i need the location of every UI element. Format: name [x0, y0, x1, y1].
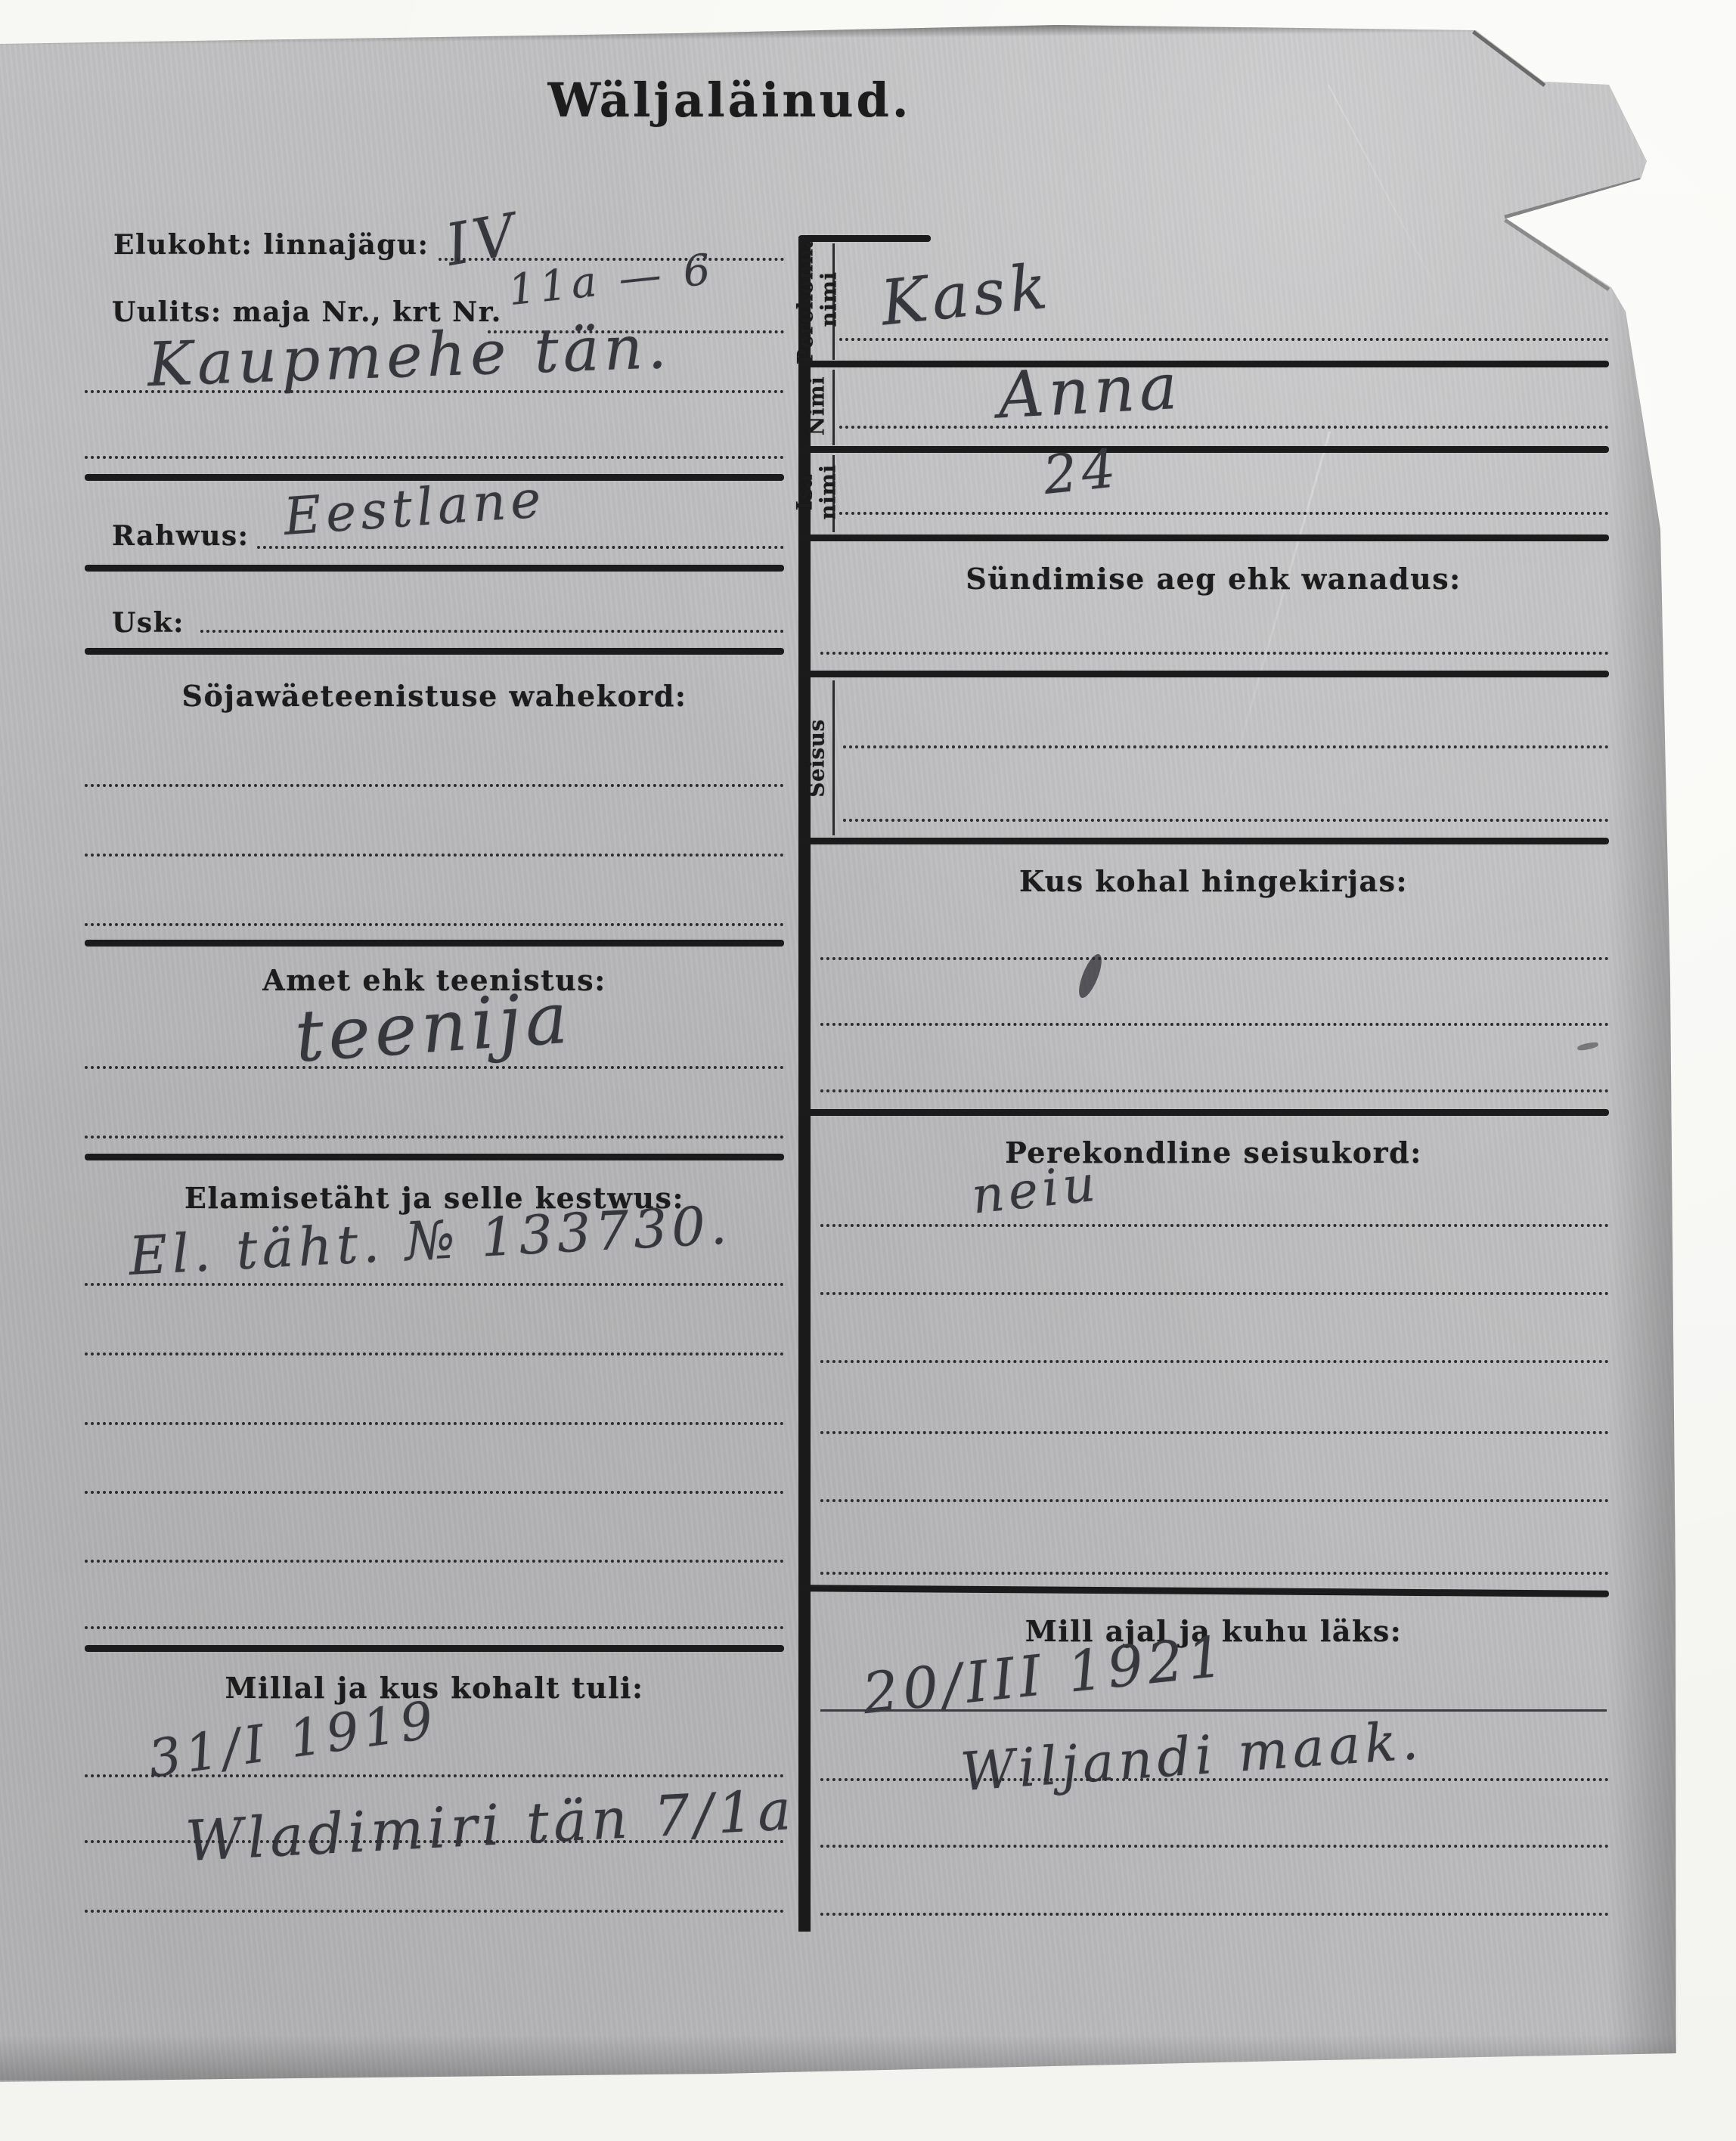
rule-thick — [798, 1585, 1609, 1597]
dotted-line — [85, 1774, 784, 1777]
rule-thick — [798, 534, 1609, 541]
paper-top-edge-shadow — [0, 20, 1482, 45]
handwritten-marital-status: neiu — [969, 1154, 1102, 1225]
rule-thick — [85, 565, 784, 572]
dotted-line — [85, 1491, 784, 1494]
handwritten-first-name: Anna — [997, 349, 1184, 433]
label-separator — [832, 370, 835, 445]
paper-sheet: Wäljaläinud. Elukoht: linnajägu: IV Uuli… — [0, 0, 1736, 2141]
rotated-label-seisus: Seisus — [804, 690, 828, 826]
dotted-line — [820, 1360, 1609, 1363]
field-label-sundimise-aeg: Sündimise aeg ehk wanadus: — [820, 562, 1607, 596]
field-label-hingekirjas: Kus kohal hingekirjas: — [820, 864, 1607, 898]
fiber-speck — [1576, 1041, 1598, 1052]
dotted-line — [843, 745, 1609, 748]
field-label-rahwus: Rahwus: — [112, 520, 249, 552]
field-label-elukoht: Elukoht: linnajägu: — [113, 229, 429, 261]
dotted-line — [85, 1840, 784, 1843]
dotted-line — [257, 546, 784, 549]
dotted-line — [85, 1560, 784, 1563]
dotted-line — [820, 1499, 1609, 1502]
handwritten-departure-place: Wiljandi maak. — [959, 1709, 1424, 1803]
rule-thick — [798, 1109, 1609, 1116]
field-label-sojawaeteenistus: Söjawäeteenistuse wahekord: — [85, 679, 784, 713]
rule-thick — [798, 361, 1609, 367]
handwritten-house-number: 11a — 6 — [506, 245, 717, 315]
rule-thick — [798, 446, 1609, 453]
rule-thick — [798, 671, 1609, 677]
handwritten-isa-nimi-value: 24 — [1040, 437, 1123, 507]
rotated-label-isa-nimi: Isa nimi — [793, 456, 841, 528]
rotated-label-nimi: Nimi — [804, 338, 828, 474]
handwritten-surname: Kask — [878, 250, 1056, 339]
dotted-line — [820, 652, 1609, 655]
field-label-usk: Usk: — [112, 607, 184, 639]
dotted-line — [85, 1352, 784, 1356]
dotted-line — [839, 426, 1609, 429]
dotted-line — [820, 1572, 1609, 1575]
dotted-line — [85, 923, 784, 926]
dotted-line — [85, 1283, 784, 1286]
dotted-line — [820, 1431, 1609, 1434]
rule-thick — [85, 648, 784, 655]
label-separator — [832, 680, 835, 835]
dotted-line — [820, 1023, 1609, 1026]
crease-line — [1328, 85, 1464, 339]
dotted-line — [820, 1089, 1609, 1092]
dotted-line — [85, 1910, 784, 1913]
dotted-line — [85, 1066, 784, 1069]
ink-speck — [720, 23, 729, 30]
dotted-line — [820, 1845, 1609, 1848]
dotted-line — [820, 957, 1609, 960]
dotted-line — [85, 1422, 784, 1425]
dotted-line — [820, 1778, 1609, 1781]
handwritten-rahwus-value: Eestlane — [282, 469, 547, 547]
rule-thick — [85, 940, 784, 947]
dotted-line — [85, 854, 784, 857]
scanned-document-page: { "scan": { "background_color": "#f6f6f2… — [0, 0, 1736, 2141]
dotted-line — [85, 1626, 784, 1629]
crease-line — [1212, 431, 1331, 838]
form-title: Wäljaläinud. — [427, 73, 1032, 128]
dotted-line — [820, 1913, 1609, 1916]
rule-thick — [85, 1154, 784, 1160]
dotted-line — [843, 819, 1609, 822]
tear-edge-shadow — [1472, 30, 1545, 87]
dotted-line — [85, 784, 784, 787]
paper-right-edge-shadow — [1609, 249, 1676, 2064]
dotted-line — [839, 512, 1609, 515]
tear-edge-shadow — [1504, 178, 1641, 218]
dotted-line — [200, 630, 784, 633]
handwritten-arrival-place: Wladimiri tän 7/1a — [184, 1777, 797, 1874]
dotted-line — [820, 1224, 1609, 1227]
paper-bottom-edge-shadow — [0, 2035, 1679, 2081]
dotted-line — [85, 1136, 784, 1139]
rule-thick — [85, 1645, 784, 1652]
dotted-line — [839, 338, 1609, 341]
tear-edge-shadow — [1504, 218, 1610, 291]
dotted-line — [820, 1292, 1609, 1295]
dotted-line — [85, 390, 784, 393]
pen-ruled-line — [820, 1709, 1607, 1712]
dotted-line — [85, 456, 784, 459]
rule-thick — [798, 838, 1609, 844]
field-label-perekondline: Perekondline seisukord: — [820, 1136, 1607, 1170]
